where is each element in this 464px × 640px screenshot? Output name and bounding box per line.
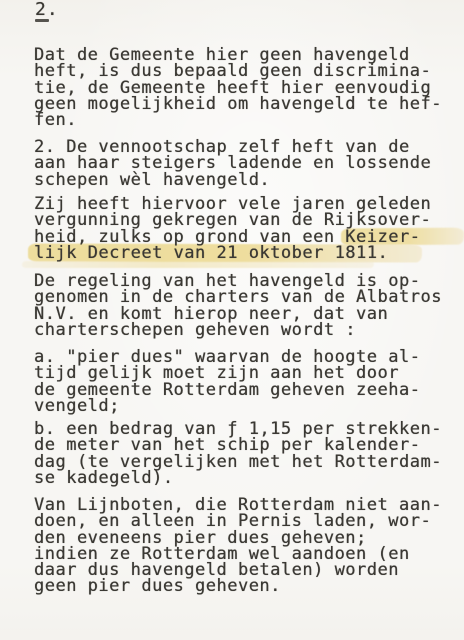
text-line: vengeld;	[34, 398, 456, 414]
paragraph: 2. De vennootschap zelf heft van deaan h…	[34, 139, 456, 188]
text-line: geen pier dues geheven.	[34, 578, 456, 594]
paragraph: a. "pier dues" waarvan de hoogte al-tijd…	[34, 349, 456, 414]
paragraph: De regeling van het havengeld is op-geno…	[34, 273, 456, 338]
text-line: se kadegeld).	[34, 470, 456, 486]
paragraph: Dat de Gemeente hier geen havengeldheft,…	[34, 47, 456, 128]
text-line: geen mogelijkheid om havengeld te hef-	[34, 96, 456, 112]
paragraph: Zij heeft hiervoor vele jaren geledenver…	[34, 196, 456, 261]
text-line: lijk Decreet van 21 oktober 1811.	[34, 245, 456, 261]
document-page: 2. Dat de Gemeente hier geen havengeldhe…	[0, 0, 464, 640]
text-line: charterschepen geheven wordt :	[34, 322, 456, 338]
paragraph: Van Lijnboten, die Rotterdam niet aan-do…	[34, 497, 456, 595]
text-line: fen.	[34, 112, 456, 128]
page-number: 2.	[35, 0, 59, 19]
paragraph: b. een bedrag van ƒ 1,15 per strekken-de…	[34, 421, 456, 486]
text-line: schepen wèl havengeld.	[34, 172, 456, 188]
page-number-underline	[35, 19, 49, 22]
